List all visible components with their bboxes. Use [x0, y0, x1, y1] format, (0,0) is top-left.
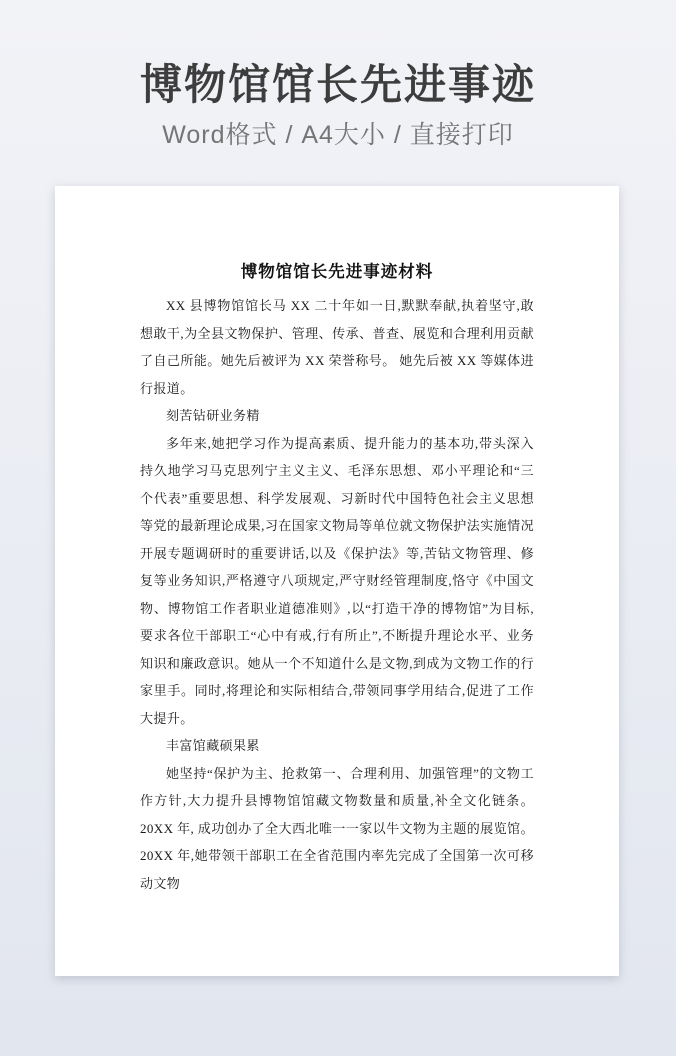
document-subheading: 丰富馆藏硕果累	[140, 732, 534, 760]
document-title: 博物馆馆长先进事迹材料	[140, 260, 534, 284]
document-paragraph: 她坚持“保护为主、抢救第一、合理利用、加强管理”的文物工作方针,大力提升县博物馆…	[140, 760, 534, 898]
page-subtitle: Word格式 / A4大小 / 直接打印	[0, 121, 676, 149]
document-preview-page: 博物馆馆长先进事迹材料 XX 县博物馆馆长马 XX 二十年如一日,默默奉献,执着…	[55, 186, 619, 976]
document-subheading: 刻苦钻研业务精	[140, 402, 534, 430]
page-title: 博物馆馆长先进事迹	[0, 62, 676, 108]
document-paragraph: XX 县博物馆馆长马 XX 二十年如一日,默默奉献,执着坚守,敢想敢干,为全县文…	[140, 292, 534, 402]
site-header: 博物馆馆长先进事迹 Word格式 / A4大小 / 直接打印	[0, 0, 676, 149]
page-background: { "header": { "title": "博物馆馆长先进事迹", "sub…	[0, 0, 676, 1056]
document-paragraph: 多年来,她把学习作为提高素质、提升能力的基本功,带头深入持久地学习马克思列宁主义…	[140, 430, 534, 733]
document-body: XX 县博物馆馆长马 XX 二十年如一日,默默奉献,执着坚守,敢想敢干,为全县文…	[140, 292, 534, 897]
